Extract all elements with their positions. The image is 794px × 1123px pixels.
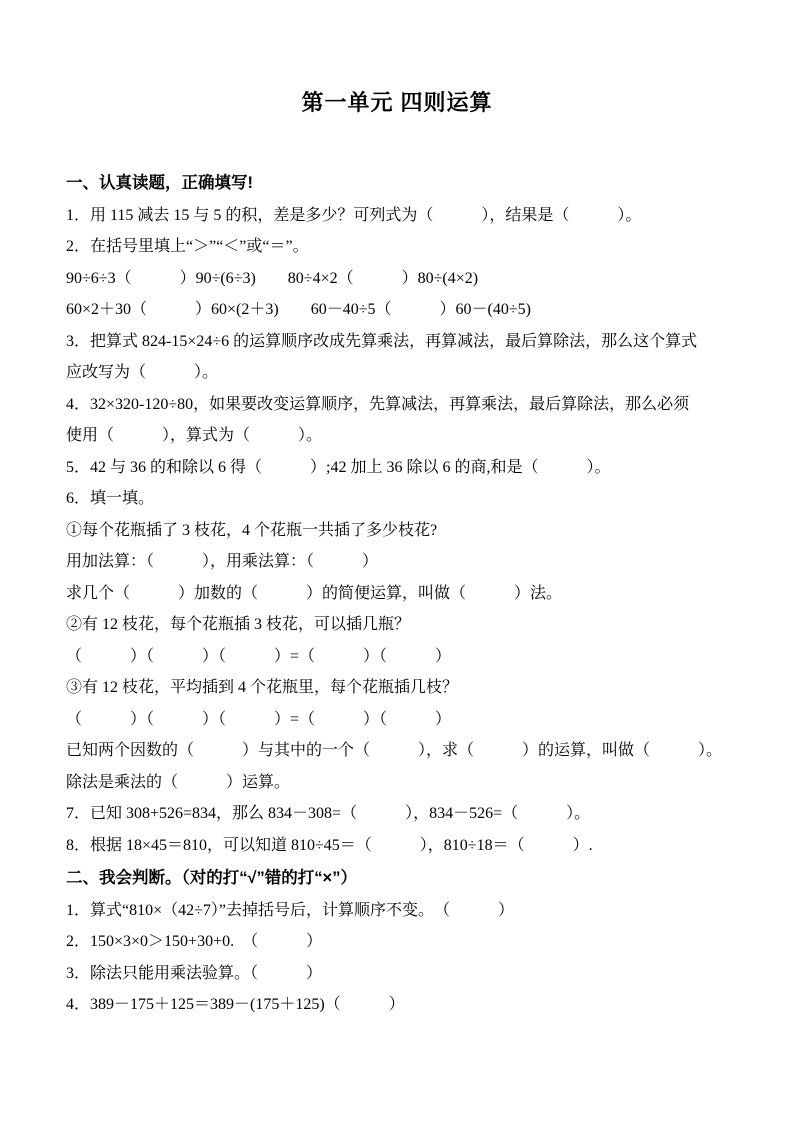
question-line: 3．把算式 824-15×24÷6 的运算顺序改成先算乘法，再算减法，最后算除法… [66, 326, 728, 358]
question-line: 1．用 115 减去 15 与 5 的积，差是多少？可列式为（ ），结果是（ ）… [66, 200, 728, 232]
question-line: 已知两个因数的（ ）与其中的一个（ ），求（ ）的运算，叫做（ ）。 [66, 735, 728, 767]
question-line: 8．根据 18×45＝810，可以知道 810÷45＝（ ），810÷18＝（ … [66, 830, 728, 862]
question-line: 4．32×320-120÷80，如果要改变运算顺序，先算减法，再算乘法，最后算除… [66, 389, 728, 421]
question-line: ①每个花瓶插了 3 枝花，4 个花瓶一共插了多少枝花? [66, 515, 728, 547]
question-line: 用加法算：（ ），用乘法算：（ ） [66, 546, 728, 578]
question-line: 60×2＋30（ ）60×(2＋3) 60－40÷5（ ）60－(40÷5) [66, 294, 728, 326]
question-line: ③有 12 枝花，平均插到 4 个花瓶里，每个花瓶插几枝？ [66, 672, 728, 704]
question-line: 2．在括号里填上“＞”“＜”或“＝”。 [66, 231, 728, 263]
question-line: 应改写为（ ）。 [66, 357, 728, 389]
question-line: 90÷6÷3（ ）90÷(6÷3) 80÷4×2（ ）80÷(4×2) [66, 263, 728, 295]
question-line: 7．已知 308+526=834，那么 834－308=（ ），834－526=… [66, 798, 728, 830]
question-line: 5．42 与 36 的和除以 6 得（ ）;42 加上 36 除以 6 的商,和… [66, 452, 728, 484]
section-1-heading: 一、认真读题，正确填写! [66, 168, 728, 200]
question-line: 除法是乘法的（ ）运算。 [66, 767, 728, 799]
question-line: 4．389－175＋125＝389－(175＋125)（ ） [66, 989, 728, 1021]
question-line: 求几个（ ）加数的（ ）的简便运算，叫做（ ）法。 [66, 578, 728, 610]
question-line: （ ）（ ）（ ）=（ ）（ ） [66, 704, 728, 736]
page-title: 第一单元 四则运算 [66, 88, 728, 118]
section-2-heading: 二、我会判断。（对的打“√”错的打“×”） [66, 863, 728, 895]
question-line: 2．150×3×0＞150+30+0. （ ） [66, 926, 728, 958]
question-line: 使用（ ），算式为（ ）。 [66, 420, 728, 452]
question-line: 1．算式“810×（42÷7）”去掉括号后，计算顺序不变。 （ ） [66, 895, 728, 927]
question-line: ②有 12 枝花，每个花瓶插 3 枝花，可以插几瓶？ [66, 609, 728, 641]
question-line: 3．除法只能用乘法验算。（ ） [66, 958, 728, 990]
question-line: 6．填一填。 [66, 483, 728, 515]
question-line: （ ）（ ）（ ）=（ ）（ ） [66, 641, 728, 673]
document-page: 第一单元 四则运算 一、认真读题，正确填写! 1．用 115 减去 15 与 5… [0, 0, 794, 1123]
